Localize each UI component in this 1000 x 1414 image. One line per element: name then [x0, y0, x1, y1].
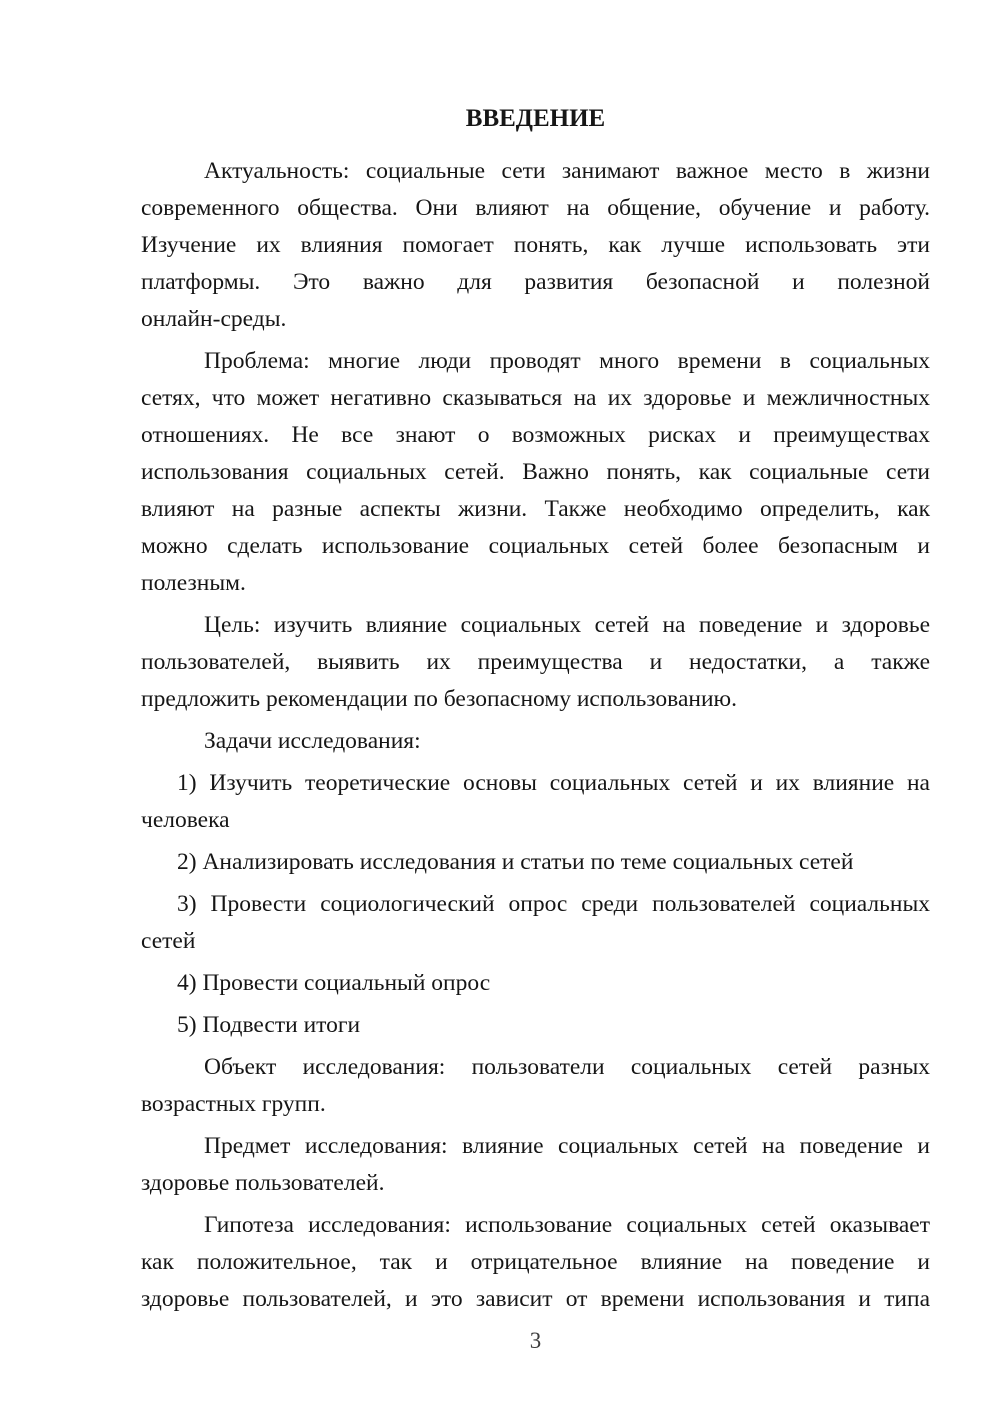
document-page: ВВЕДЕНИЕ Актуальность: социальные сети з…	[0, 0, 1000, 1414]
list-item: 1) Изучить теоретические основы социальн…	[141, 765, 930, 839]
text-line: как положительное, так и отрицательное в…	[141, 1244, 930, 1281]
paragraph: Гипотеза исследования: использование соц…	[141, 1207, 930, 1318]
text-line: Проблема: многие люди проводят много вре…	[141, 343, 930, 380]
page-title: ВВЕДЕНИЕ	[141, 100, 930, 137]
text-line: можно сделать использование социальных с…	[141, 528, 930, 565]
text-line: полезным.	[141, 565, 930, 602]
text-line: 3) Провести социологический опрос среди …	[141, 886, 930, 923]
text-line: возрастных групп.	[141, 1086, 930, 1123]
text-line: 2) Анализировать исследования и статьи п…	[141, 844, 930, 881]
text-line: современного общества. Они влияют на общ…	[141, 190, 930, 227]
text-line: онлайн-среды.	[141, 301, 930, 338]
text-line: здоровье пользователей.	[141, 1165, 930, 1202]
page-number: 3	[141, 1328, 930, 1354]
list-item: 4) Провести социальный опрос	[141, 965, 930, 1002]
list-item: 5) Подвести итоги	[141, 1007, 930, 1044]
paragraph: Задачи исследования:	[141, 723, 930, 760]
paragraph: Проблема: многие люди проводят много вре…	[141, 343, 930, 602]
text-line: сетях, что может негативно сказываться н…	[141, 380, 930, 417]
text-line: предложить рекомендации по безопасному и…	[141, 681, 930, 718]
text-line: человека	[141, 802, 930, 839]
list-item: 2) Анализировать исследования и статьи п…	[141, 844, 930, 881]
text-line: сетей	[141, 923, 930, 960]
text-line: платформы. Это важно для развития безопа…	[141, 264, 930, 301]
paragraph: Предмет исследования: влияние социальных…	[141, 1128, 930, 1202]
text-line: 5) Подвести итоги	[141, 1007, 930, 1044]
text-line: использования социальных сетей. Важно по…	[141, 454, 930, 491]
text-line: Гипотеза исследования: использование соц…	[141, 1207, 930, 1244]
text-line: влияют на разные аспекты жизни. Также не…	[141, 491, 930, 528]
paragraph: Объект исследования: пользователи социал…	[141, 1049, 930, 1123]
text-line: отношениях. Не все знают о возможных рис…	[141, 417, 930, 454]
text-line: Объект исследования: пользователи социал…	[141, 1049, 930, 1086]
text-line: Цель: изучить влияние социальных сетей н…	[141, 607, 930, 644]
document-body: ВВЕДЕНИЕ Актуальность: социальные сети з…	[141, 100, 930, 1323]
text-line: здоровье пользователей, и это зависит от…	[141, 1281, 930, 1318]
text-line: 1) Изучить теоретические основы социальн…	[141, 765, 930, 802]
text-line: Задачи исследования:	[141, 723, 930, 760]
text-line: пользователей, выявить их преимущества и…	[141, 644, 930, 681]
text-line: Актуальность: социальные сети занимают в…	[141, 153, 930, 190]
text-line: Предмет исследования: влияние социальных…	[141, 1128, 930, 1165]
paragraph: Цель: изучить влияние социальных сетей н…	[141, 607, 930, 718]
text-line: 4) Провести социальный опрос	[141, 965, 930, 1002]
list-item: 3) Провести социологический опрос среди …	[141, 886, 930, 960]
text-line: Изучение их влияния помогает понять, как…	[141, 227, 930, 264]
paragraph: Актуальность: социальные сети занимают в…	[141, 153, 930, 338]
